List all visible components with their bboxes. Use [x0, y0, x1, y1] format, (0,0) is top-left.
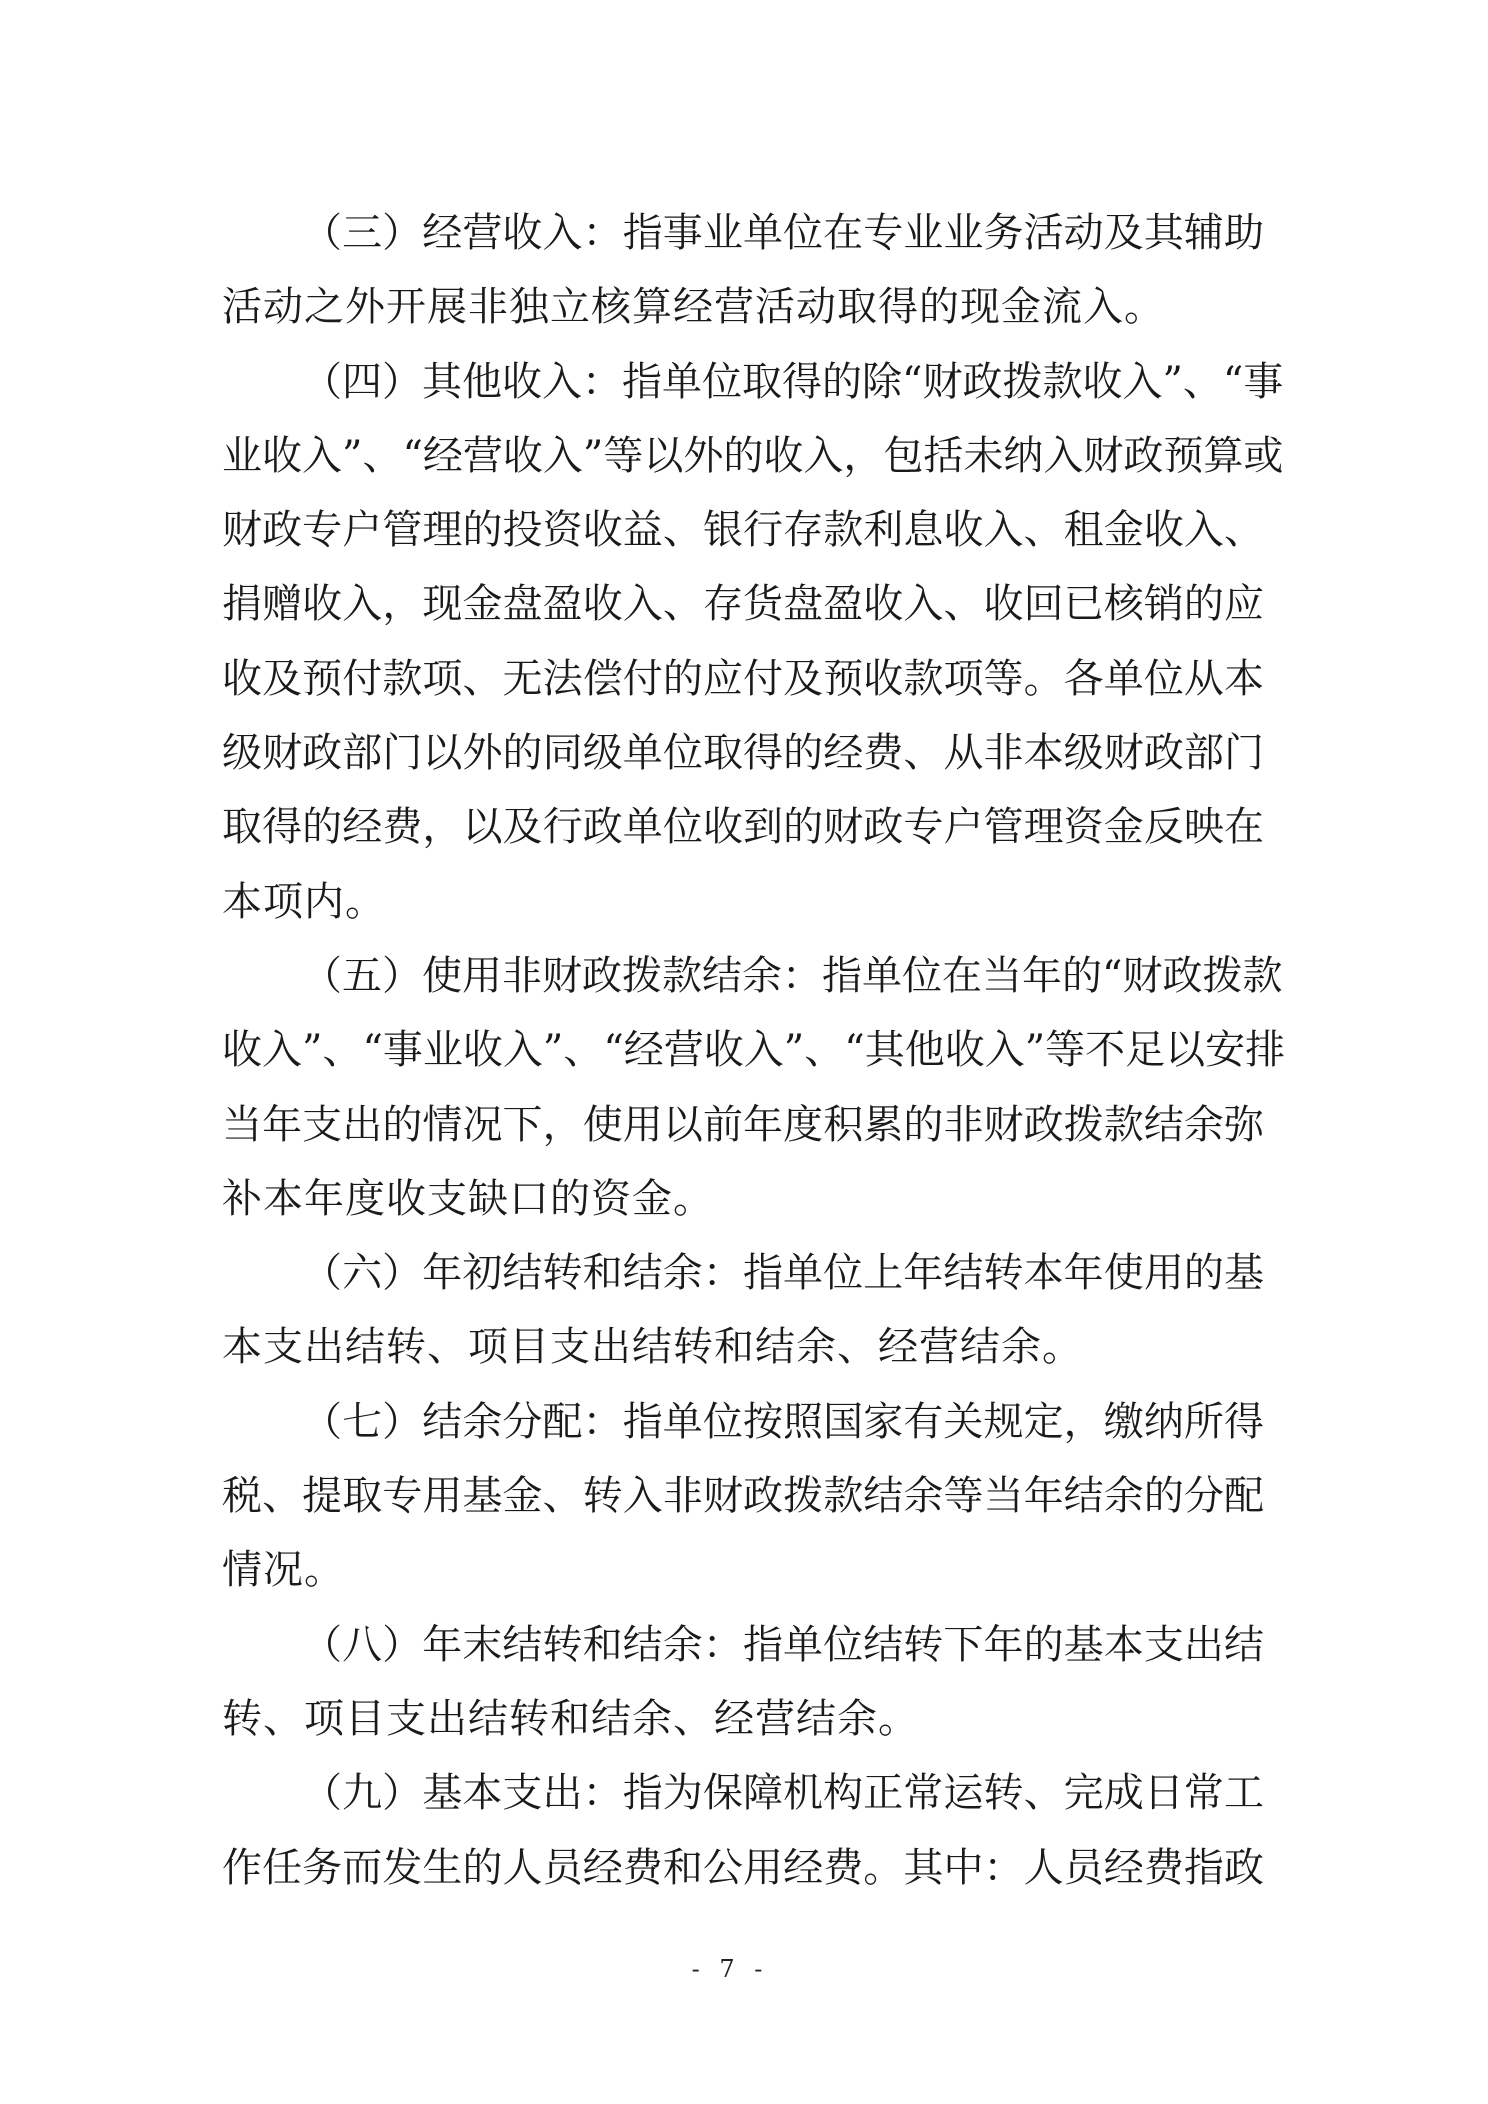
paragraph-seven: （七）结余分配：指单位按照国家有关规定，缴纳所得 税、提取专用基金、转入非财政拨… — [222, 1385, 1264, 1608]
text-line: （八）年末结转和结余：指单位结转下年的基本支出结 — [222, 1608, 1264, 1682]
text-line: 业收入”、“经营收入”等以外的收入，包括未纳入财政预算或 — [222, 419, 1264, 493]
text-line: （九）基本支出：指为保障机构正常运转、完成日常工 — [222, 1756, 1264, 1830]
text-line: （六）年初结转和结余：指单位上年结转本年使用的基 — [222, 1236, 1264, 1310]
text-line: （七）结余分配：指单位按照国家有关规定，缴纳所得 — [222, 1385, 1264, 1459]
text-line: 补本年度收支缺口的资金。 — [222, 1162, 1264, 1236]
text-line: 级财政部门以外的同级单位取得的经费、从非本级财政部门 — [222, 716, 1264, 790]
text-line: 本项内。 — [222, 865, 1264, 939]
page-number: - 7 - — [0, 1955, 1460, 1983]
text-line: （四）其他收入：指单位取得的除“财政拨款收入”、“事 — [222, 345, 1264, 419]
text-line: 收及预付款项、无法偿付的应付及预收款项等。各单位从本 — [222, 642, 1264, 716]
paragraph-four: （四）其他收入：指单位取得的除“财政拨款收入”、“事 业收入”、“经营收入”等以… — [222, 345, 1264, 939]
text-line: 收入”、“事业收入”、“经营收入”、“其他收入”等不足以安排 — [222, 1013, 1264, 1087]
paragraph-six: （六）年初结转和结余：指单位上年结转本年使用的基 本支出结转、项目支出结转和结余… — [222, 1236, 1264, 1385]
paragraph-five: （五）使用非财政拨款结余：指单位在当年的“财政拨款 收入”、“事业收入”、“经营… — [222, 939, 1264, 1236]
body-text: （三）经营收入：指事业单位在专业业务活动及其辅助 活动之外开展非独立核算经营活动… — [222, 196, 1264, 1905]
text-line: 转、项目支出结转和结余、经营结余。 — [222, 1682, 1264, 1756]
text-line: 情况。 — [222, 1533, 1264, 1607]
text-line: 税、提取专用基金、转入非财政拨款结余等当年结余的分配 — [222, 1459, 1264, 1533]
text-line: 捐赠收入，现金盘盈收入、存货盘盈收入、收回已核销的应 — [222, 567, 1264, 641]
paragraph-nine: （九）基本支出：指为保障机构正常运转、完成日常工 作任务而发生的人员经费和公用经… — [222, 1756, 1264, 1905]
text-line: 活动之外开展非独立核算经营活动取得的现金流入。 — [222, 270, 1264, 344]
text-line: （五）使用非财政拨款结余：指单位在当年的“财政拨款 — [222, 939, 1264, 1013]
document-page: （三）经营收入：指事业单位在专业业务活动及其辅助 活动之外开展非独立核算经营活动… — [0, 0, 1488, 2104]
text-line: 作任务而发生的人员经费和公用经费。其中：人员经费指政 — [222, 1831, 1264, 1905]
text-line: 财政专户管理的投资收益、银行存款利息收入、租金收入、 — [222, 493, 1264, 567]
text-line: 当年支出的情况下，使用以前年度积累的非财政拨款结余弥 — [222, 1088, 1264, 1162]
paragraph-three: （三）经营收入：指事业单位在专业业务活动及其辅助 活动之外开展非独立核算经营活动… — [222, 196, 1264, 345]
text-line: 本支出结转、项目支出结转和结余、经营结余。 — [222, 1310, 1264, 1384]
paragraph-eight: （八）年末结转和结余：指单位结转下年的基本支出结 转、项目支出结转和结余、经营结… — [222, 1608, 1264, 1757]
text-line: 取得的经费，以及行政单位收到的财政专户管理资金反映在 — [222, 790, 1264, 864]
text-line: （三）经营收入：指事业单位在专业业务活动及其辅助 — [222, 196, 1264, 270]
